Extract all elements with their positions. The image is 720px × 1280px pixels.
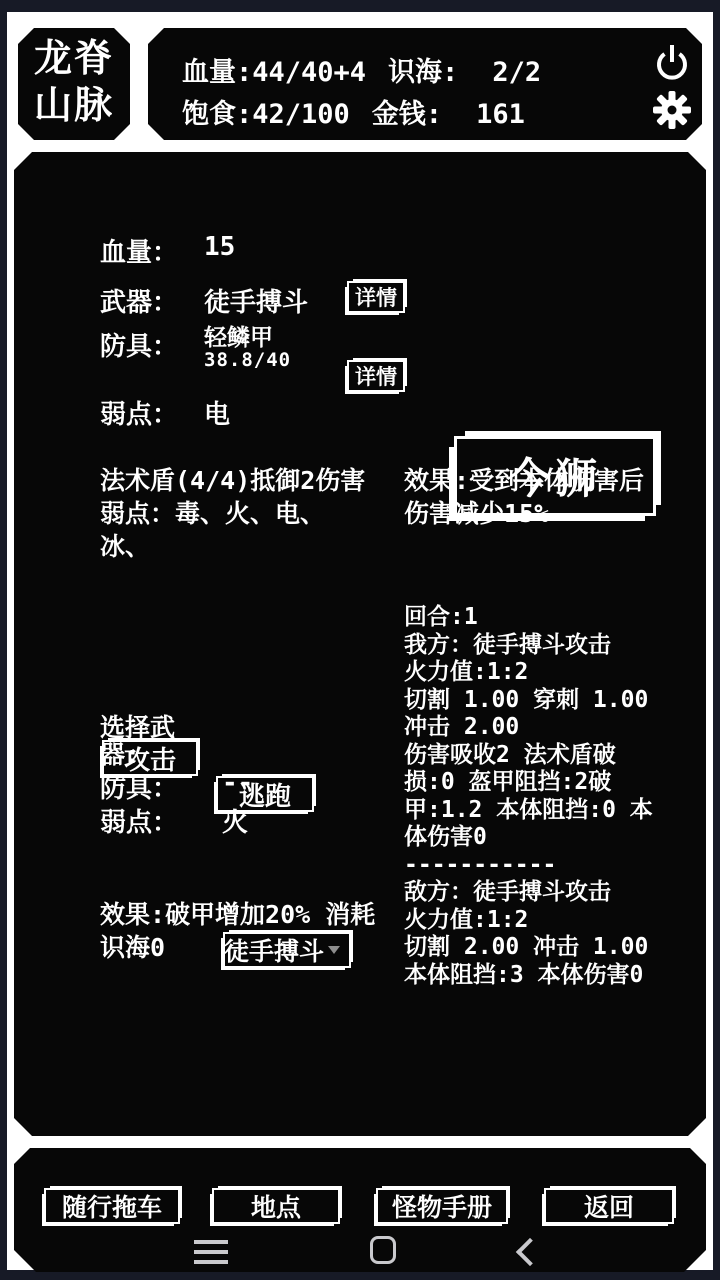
bottom-bar-panel: 随行拖车 地点 怪物手册 返回 bbox=[14, 1148, 706, 1272]
status-row-1: 血量:44/40+4 识海: 2/2 bbox=[182, 50, 541, 89]
enemy-weapon-label: 武器： bbox=[100, 282, 204, 319]
hp-value: 44/40+4 bbox=[252, 57, 366, 88]
enemy-armor-label: 防具： bbox=[100, 326, 204, 363]
monster-manual-button[interactable]: 怪物手册 bbox=[376, 1188, 508, 1224]
enemy-effect-info: 效果:受到本体伤害后 伤害减少15% bbox=[404, 464, 644, 530]
enemy-armor-detail-button[interactable]: 详情 bbox=[347, 360, 405, 392]
enemy-weapon-row: 武器： 徒手搏斗 bbox=[100, 282, 308, 319]
player-armor-row: 防具： -- bbox=[100, 768, 253, 805]
enemy-effect-line: 效果:受到本体伤害后 bbox=[404, 464, 644, 497]
battle-log-line: 敌方：徒手搏斗攻击 bbox=[404, 879, 704, 907]
enemy-hp-row: 血量： 15 bbox=[100, 232, 235, 269]
player-effect-info: 效果:破甲增加20% 消耗 识海0 bbox=[100, 898, 375, 964]
battle-log-line: 切割 1.00 穿刺 1.00 bbox=[404, 687, 704, 715]
food-value: 42/100 bbox=[252, 99, 350, 130]
return-button[interactable]: 返回 bbox=[544, 1188, 674, 1224]
enemy-armor-durability: 38.8/40 bbox=[204, 350, 291, 370]
enemy-weakness-row: 弱点： 电 bbox=[100, 394, 230, 431]
food-label: 饱食: bbox=[182, 92, 252, 131]
battle-log-line: 甲:1.2 本体阻挡:0 本 bbox=[404, 797, 704, 825]
back-icon[interactable] bbox=[516, 1238, 544, 1266]
battle-log-line: 损:0 盔甲阻挡:2破 bbox=[404, 769, 704, 797]
logo-line1: 龙脊 bbox=[18, 35, 130, 82]
hamburger-icon[interactable] bbox=[194, 1240, 228, 1244]
shield-line: 冰、 bbox=[100, 530, 365, 563]
logo-panel: 龙脊 山脉 bbox=[18, 28, 130, 140]
enemy-shield-info: 法术盾(4/4)抵御2伤害 弱点：毒、火、电、 冰、 bbox=[100, 464, 365, 563]
gear-icon[interactable] bbox=[652, 90, 692, 130]
select-weapon-label-line2: 器: bbox=[100, 741, 175, 768]
enemy-hp-label: 血量： bbox=[100, 232, 204, 269]
player-armor-value: -- bbox=[222, 768, 253, 798]
battle-log-line: 火力值:1:2 bbox=[404, 907, 704, 935]
home-icon[interactable] bbox=[370, 1236, 396, 1264]
player-armor-label: 防具： bbox=[100, 768, 204, 805]
power-icon[interactable] bbox=[652, 44, 692, 84]
hp-label: 血量: bbox=[182, 50, 252, 89]
player-effect-line: 效果:破甲增加20% 消耗 bbox=[100, 898, 375, 931]
player-weakness-label: 弱点： bbox=[100, 802, 204, 839]
mind-label: 识海: bbox=[388, 50, 458, 89]
battle-log-line: ----------- bbox=[404, 852, 704, 880]
enemy-weakness-label: 弱点： bbox=[100, 394, 204, 431]
battle-panel: 血量： 15 武器： 徒手搏斗 详情 防具： 轻鳞甲 38.8/40 详情 弱点… bbox=[14, 152, 706, 1136]
enemy-weapon-detail-button[interactable]: 详情 bbox=[347, 281, 405, 313]
enemy-weakness-value: 电 bbox=[204, 394, 230, 431]
shield-line: 法术盾(4/4)抵御2伤害 bbox=[100, 464, 365, 497]
enemy-armor-value: 轻鳞甲 bbox=[204, 326, 291, 350]
battle-log: 回合:1 我方：徒手搏斗攻击 火力值:1:2 切割 1.00 穿刺 1.00 冲… bbox=[404, 604, 704, 989]
enemy-armor-block: 轻鳞甲 38.8/40 bbox=[204, 326, 291, 370]
enemy-effect-line: 伤害减少15% bbox=[404, 497, 644, 530]
shield-line: 弱点：毒、火、电、 bbox=[100, 497, 365, 530]
mind-value: 2/2 bbox=[492, 57, 541, 88]
enemy-weapon-value: 徒手搏斗 bbox=[204, 282, 308, 319]
trailer-button[interactable]: 随行拖车 bbox=[44, 1188, 180, 1224]
battle-log-line: 伤害吸收2 法术盾破 bbox=[404, 742, 704, 770]
money-label: 金钱: bbox=[372, 92, 442, 131]
player-weakness-value: 火 bbox=[222, 802, 248, 839]
status-bar-panel: 血量:44/40+4 识海: 2/2 饱食:42/100 金钱: 161 bbox=[148, 28, 702, 140]
battle-log-line: 火力值:1:2 bbox=[404, 659, 704, 687]
enemy-hp-value: 15 bbox=[204, 232, 235, 262]
player-weakness-row: 弱点： 火 bbox=[100, 802, 248, 839]
battle-log-line: 冲击 2.00 bbox=[404, 714, 704, 742]
battle-log-line: 我方：徒手搏斗攻击 bbox=[404, 632, 704, 660]
select-weapon-label: 选择武 器: bbox=[100, 714, 175, 768]
location-button[interactable]: 地点 bbox=[212, 1188, 340, 1224]
battle-log-line: 切割 2.00 冲击 1.00 bbox=[404, 934, 704, 962]
battle-log-line: 体伤害0 bbox=[404, 824, 704, 852]
status-row-2: 饱食:42/100 金钱: 161 bbox=[182, 92, 525, 131]
select-weapon-label-line1: 选择武 bbox=[100, 714, 175, 741]
logo-line2: 山脉 bbox=[18, 82, 130, 129]
player-effect-line: 识海0 bbox=[100, 931, 375, 964]
money-value: 161 bbox=[476, 99, 525, 130]
battle-log-line: 本体阻挡:3 本体伤害0 bbox=[404, 962, 704, 990]
battle-log-line: 回合:1 bbox=[404, 604, 704, 632]
enemy-armor-row: 防具： 轻鳞甲 38.8/40 bbox=[100, 326, 291, 370]
